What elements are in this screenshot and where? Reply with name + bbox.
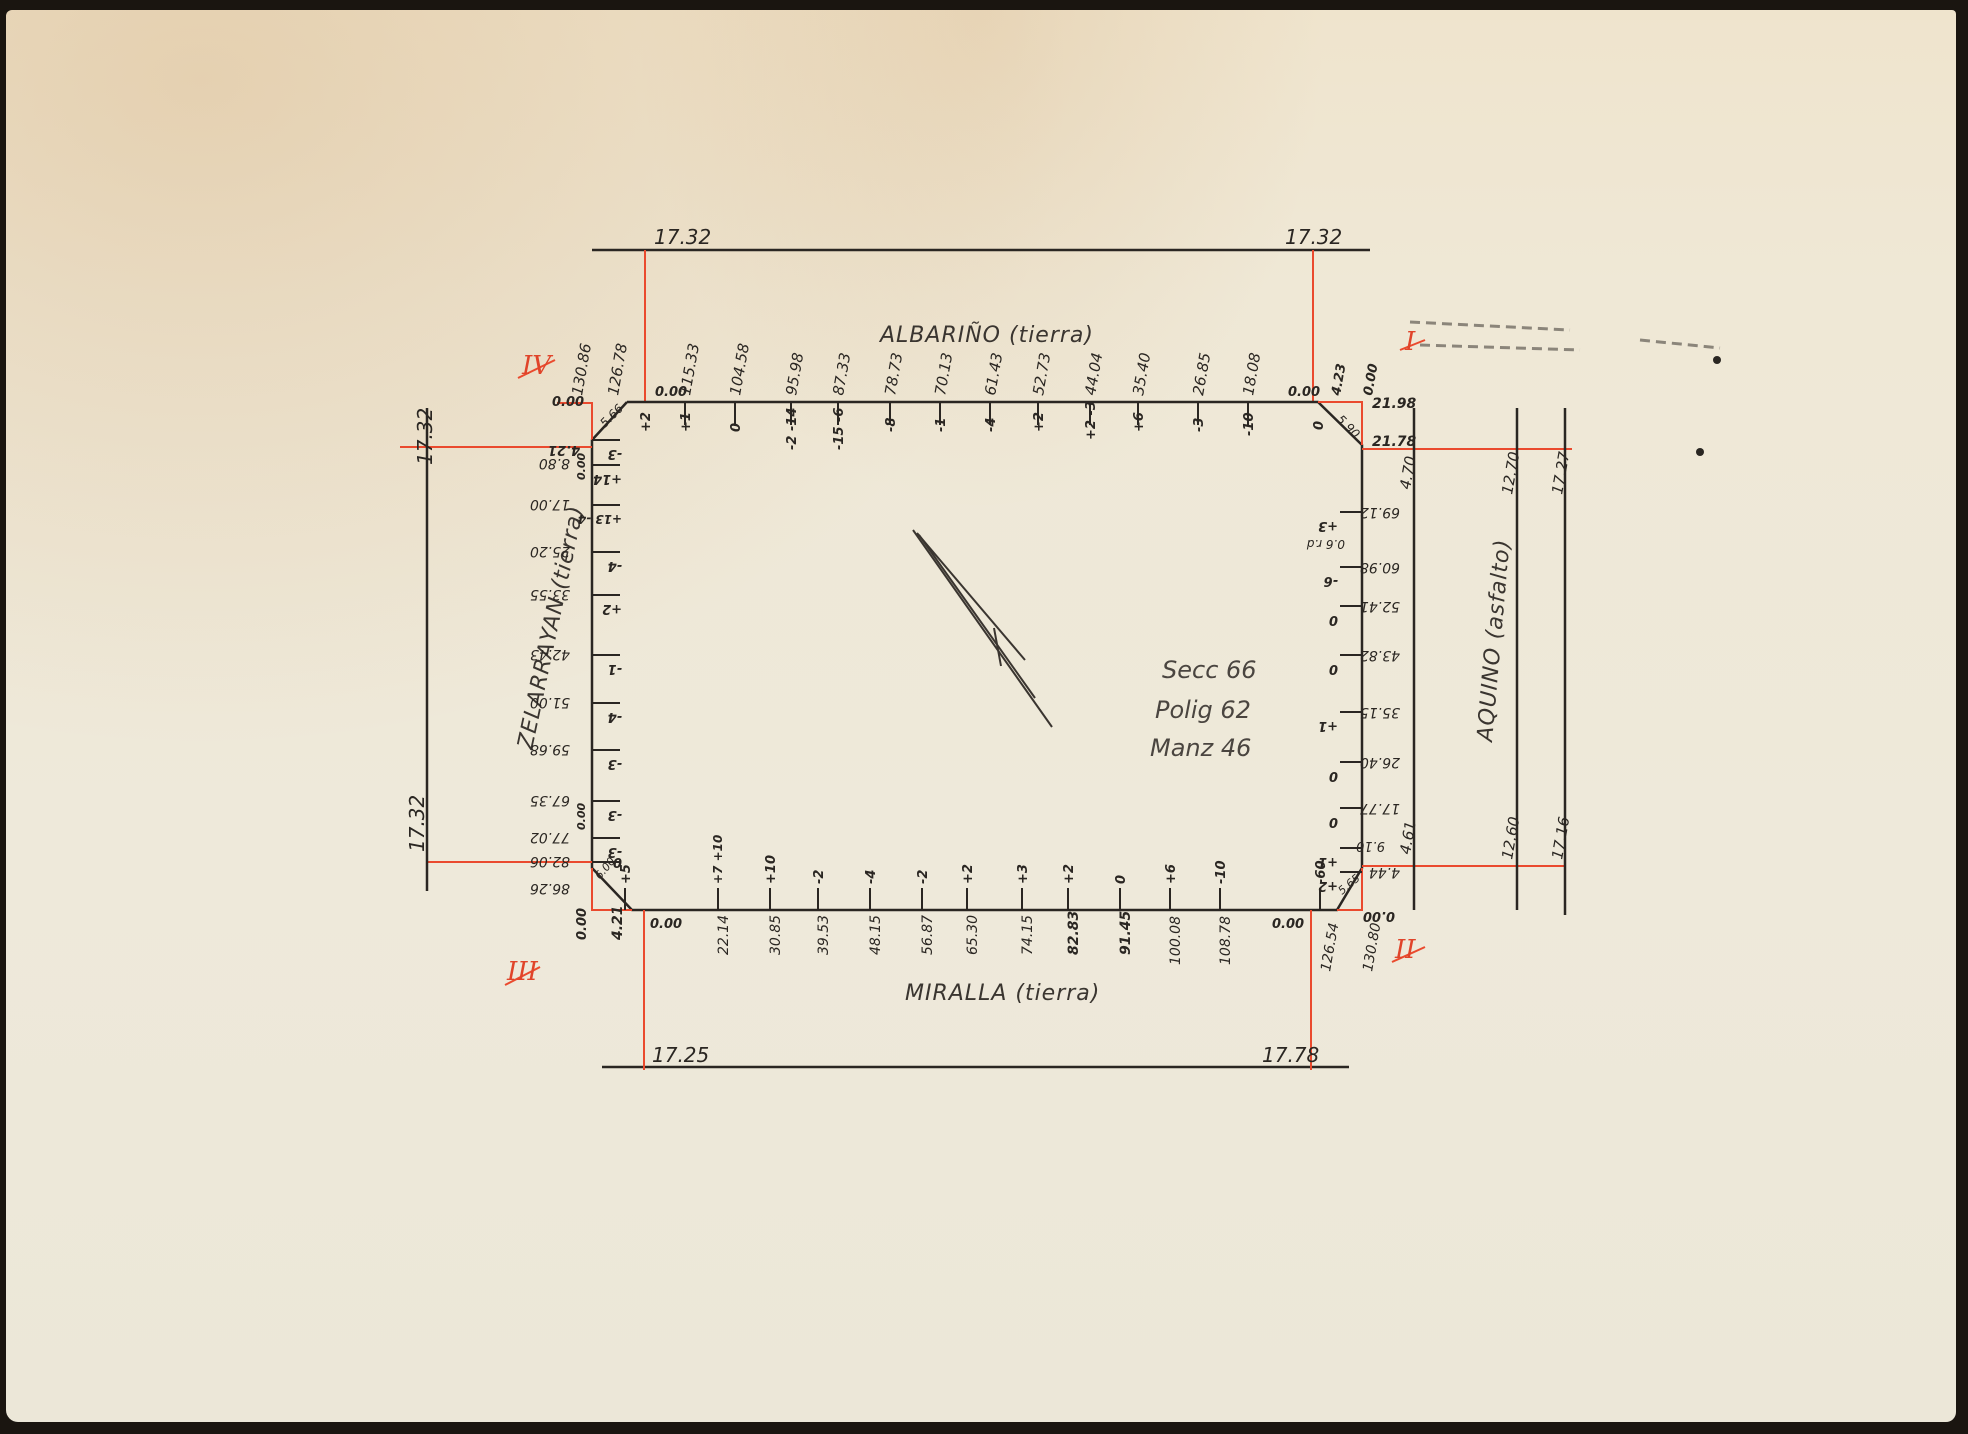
svg-text:25.20: 25.20 bbox=[530, 543, 570, 559]
bottom-side-stations: 0.00 4.21 0.00 22.14 30.85 39.53 48.15 5… bbox=[575, 835, 1384, 973]
svg-text:26.40: 26.40 bbox=[1360, 754, 1400, 770]
svg-text:0.00: 0.00 bbox=[575, 908, 590, 940]
svg-text:33.55: 33.55 bbox=[530, 586, 570, 602]
svg-text:-10: -10 bbox=[1242, 413, 1257, 437]
svg-text:0.00: 0.00 bbox=[575, 803, 588, 830]
ink-smudges bbox=[1410, 322, 1720, 350]
svg-text:+1: +1 bbox=[679, 412, 694, 432]
svg-text:100.08: 100.08 bbox=[1168, 916, 1184, 965]
svg-text:-4: -4 bbox=[984, 418, 999, 432]
svg-text:0: 0 bbox=[1329, 612, 1338, 627]
svg-text:0.00: 0.00 bbox=[1363, 908, 1395, 923]
svg-text:+2: +2 bbox=[602, 601, 622, 616]
svg-text:130.86: 130.86 bbox=[568, 342, 595, 397]
svg-text:5.90: 5.90 bbox=[1334, 412, 1363, 441]
svg-text:51.00: 51.00 bbox=[530, 694, 570, 710]
svg-text:-3: -3 bbox=[608, 807, 622, 822]
svg-text:0: 0 bbox=[1312, 421, 1327, 430]
svg-text:5.66: 5.66 bbox=[597, 401, 626, 430]
manzana-label: Manz 46 bbox=[1150, 734, 1251, 762]
svg-text:35.40: 35.40 bbox=[1129, 351, 1154, 396]
corner-i: I bbox=[1404, 327, 1416, 357]
svg-text:18.08: 18.08 bbox=[1239, 351, 1264, 396]
aquino-width-mid-bottom: 12.60 bbox=[1498, 815, 1523, 860]
svg-text:+3: +3 bbox=[1016, 864, 1031, 884]
top-left-width: 17.32 bbox=[654, 225, 711, 249]
svg-text:+2: +2 bbox=[961, 864, 976, 884]
seccion-label: Secc 66 bbox=[1162, 656, 1257, 684]
svg-text:21.78: 21.78 bbox=[1372, 434, 1417, 450]
svg-text:69.12: 69.12 bbox=[1360, 504, 1400, 520]
corner-iv: IV bbox=[521, 351, 553, 381]
svg-text:0: 0 bbox=[1329, 768, 1338, 783]
aquino-width-inner-bottom: 4.61 bbox=[1396, 820, 1420, 856]
svg-text:0: 0 bbox=[729, 423, 744, 432]
svg-text:17.77: 17.77 bbox=[1360, 800, 1400, 816]
svg-text:67.35: 67.35 bbox=[530, 792, 570, 808]
svg-text:52.73: 52.73 bbox=[1029, 351, 1054, 396]
svg-text:95.98: 95.98 bbox=[782, 351, 807, 396]
svg-text:-1: -1 bbox=[934, 418, 949, 432]
svg-text:4.21: 4.21 bbox=[610, 905, 626, 941]
svg-text:87.33: 87.33 bbox=[829, 351, 854, 396]
svg-text:30.85: 30.85 bbox=[768, 915, 784, 955]
svg-text:26.85: 26.85 bbox=[1189, 351, 1214, 396]
bottom-right-width: 17.78 bbox=[1262, 1043, 1319, 1067]
svg-text:56.87: 56.87 bbox=[920, 915, 936, 955]
svg-text:-8: -8 bbox=[884, 418, 899, 432]
poligono-label: Polig 62 bbox=[1155, 696, 1251, 724]
corner-ii: II bbox=[1394, 935, 1416, 965]
svg-text:-60: -60 bbox=[1314, 861, 1329, 885]
svg-text:+6: +6 bbox=[1164, 864, 1179, 884]
block-info-note: Secc 66 Polig 62 Manz 46 bbox=[1150, 656, 1257, 762]
svg-text:22.14: 22.14 bbox=[716, 915, 732, 955]
svg-text:-10: -10 bbox=[1214, 861, 1229, 885]
svg-text:0.00: 0.00 bbox=[1361, 362, 1381, 396]
svg-text:78.73: 78.73 bbox=[881, 351, 906, 396]
svg-text:-6: -6 bbox=[1324, 573, 1338, 588]
street-name-top: ALBARIÑO (tierra) bbox=[878, 321, 1094, 348]
svg-text:104.58: 104.58 bbox=[726, 342, 753, 397]
svg-text:21.98: 21.98 bbox=[1372, 396, 1417, 412]
svg-text:39.53: 39.53 bbox=[816, 915, 832, 955]
street-name-right: AQUINO (asfalto) bbox=[1473, 538, 1516, 745]
svg-text:91.45: 91.45 bbox=[1118, 910, 1134, 955]
svg-text:61.43: 61.43 bbox=[981, 351, 1006, 396]
svg-text:115.33: 115.33 bbox=[676, 342, 703, 397]
north-arrow-icon bbox=[913, 530, 1052, 727]
svg-text:126.78: 126.78 bbox=[604, 342, 631, 397]
svg-text:60.98: 60.98 bbox=[1360, 559, 1400, 575]
svg-text:+13 -4: +13 -4 bbox=[578, 512, 622, 526]
svg-text:-3: -3 bbox=[1192, 418, 1207, 432]
street-name-left: ZELARRAYAN (tierra) bbox=[513, 503, 589, 752]
svg-text:+2: +2 bbox=[1062, 864, 1077, 884]
svg-text:-3: -3 bbox=[608, 446, 622, 461]
left-top-width: 17.32 bbox=[413, 408, 437, 465]
svg-text:+10: +10 bbox=[764, 855, 779, 884]
svg-text:+2 -3: +2 -3 bbox=[1084, 401, 1099, 440]
svg-text:65.30: 65.30 bbox=[965, 915, 981, 955]
svg-text:0.00: 0.00 bbox=[552, 395, 584, 410]
svg-text:-1: -1 bbox=[608, 661, 622, 676]
svg-text:0: 0 bbox=[1329, 814, 1338, 829]
svg-text:0: 0 bbox=[1114, 875, 1129, 884]
svg-text:44.04: 44.04 bbox=[1081, 351, 1106, 396]
svg-text:42.43: 42.43 bbox=[530, 646, 570, 662]
ink-dot bbox=[1713, 356, 1721, 364]
svg-text:0.00: 0.00 bbox=[1272, 917, 1304, 932]
svg-text:48.15: 48.15 bbox=[868, 915, 884, 955]
aquino-width-mid-top: 12.70 bbox=[1498, 450, 1523, 495]
ink-dot bbox=[1696, 448, 1704, 456]
svg-text:-2: -2 bbox=[812, 870, 827, 884]
left-bottom-width: 17.32 bbox=[405, 795, 429, 852]
svg-text:82.83: 82.83 bbox=[1066, 911, 1082, 955]
svg-text:70.13: 70.13 bbox=[931, 351, 956, 396]
svg-text:+3: +3 bbox=[1318, 518, 1338, 533]
svg-text:8.80: 8.80 bbox=[539, 455, 570, 471]
svg-text:+2: +2 bbox=[639, 412, 654, 432]
svg-text:-3: -3 bbox=[608, 756, 622, 771]
svg-text:9.10: 9.10 bbox=[1356, 838, 1385, 853]
aquino-width-inner-top: 4.70 bbox=[1396, 455, 1420, 491]
aquino-width-outer-bottom: 17.16 bbox=[1548, 815, 1573, 860]
svg-text:86.26: 86.26 bbox=[530, 880, 570, 896]
svg-text:+14: +14 bbox=[593, 471, 622, 486]
svg-text:0.00: 0.00 bbox=[1288, 385, 1320, 400]
street-name-bottom: MIRALLA (tierra) bbox=[905, 981, 1100, 1006]
svg-text:0.00: 0.00 bbox=[650, 917, 682, 932]
svg-text:4.44: 4.44 bbox=[1369, 864, 1400, 880]
svg-text:108.78: 108.78 bbox=[1218, 916, 1234, 965]
top-side-stations: 130.86 126.78 0.00 0.00 0.00 4.23 0.00 5… bbox=[552, 342, 1382, 450]
svg-text:43.82: 43.82 bbox=[1360, 647, 1400, 663]
svg-text:-2: -2 bbox=[916, 870, 931, 884]
svg-text:130.80: 130.80 bbox=[1360, 922, 1384, 973]
svg-text:+7 +10: +7 +10 bbox=[711, 835, 725, 884]
svg-text:17.00: 17.00 bbox=[530, 496, 570, 512]
svg-text:0: 0 bbox=[613, 854, 622, 869]
svg-text:-2 -14: -2 -14 bbox=[785, 408, 800, 450]
svg-text:35.15: 35.15 bbox=[1360, 704, 1400, 720]
svg-text:-15 -6: -15 -6 bbox=[832, 408, 847, 450]
svg-text:52.41: 52.41 bbox=[1360, 598, 1400, 614]
bottom-left-width: 17.25 bbox=[652, 1043, 709, 1067]
aquino-width-outer-top: 17.27 bbox=[1548, 450, 1573, 496]
svg-text:-4: -4 bbox=[608, 558, 622, 573]
svg-text:0: 0 bbox=[1329, 661, 1338, 676]
svg-text:0.00: 0.00 bbox=[575, 453, 588, 480]
svg-text:0.6 r.d: 0.6 r.d bbox=[1306, 537, 1345, 551]
svg-text:74.15: 74.15 bbox=[1020, 915, 1036, 955]
svg-text:82.06: 82.06 bbox=[530, 853, 570, 869]
svg-text:77.02: 77.02 bbox=[530, 829, 570, 845]
svg-text:+1: +1 bbox=[1318, 718, 1338, 733]
corner-iii: III bbox=[506, 957, 539, 987]
svg-text:+6: +6 bbox=[1132, 412, 1147, 432]
svg-text:4.23: 4.23 bbox=[1329, 362, 1350, 397]
svg-text:126.54: 126.54 bbox=[1318, 922, 1342, 973]
top-right-width: 17.32 bbox=[1285, 225, 1342, 249]
survey-drawing: 17.32 17.32 ALBARIÑO (tierra) 130.86 126… bbox=[0, 0, 1968, 1434]
svg-text:+2: +2 bbox=[1032, 412, 1047, 432]
svg-text:-4: -4 bbox=[864, 870, 879, 884]
svg-text:59.68: 59.68 bbox=[530, 741, 570, 757]
svg-text:-4: -4 bbox=[608, 709, 622, 724]
